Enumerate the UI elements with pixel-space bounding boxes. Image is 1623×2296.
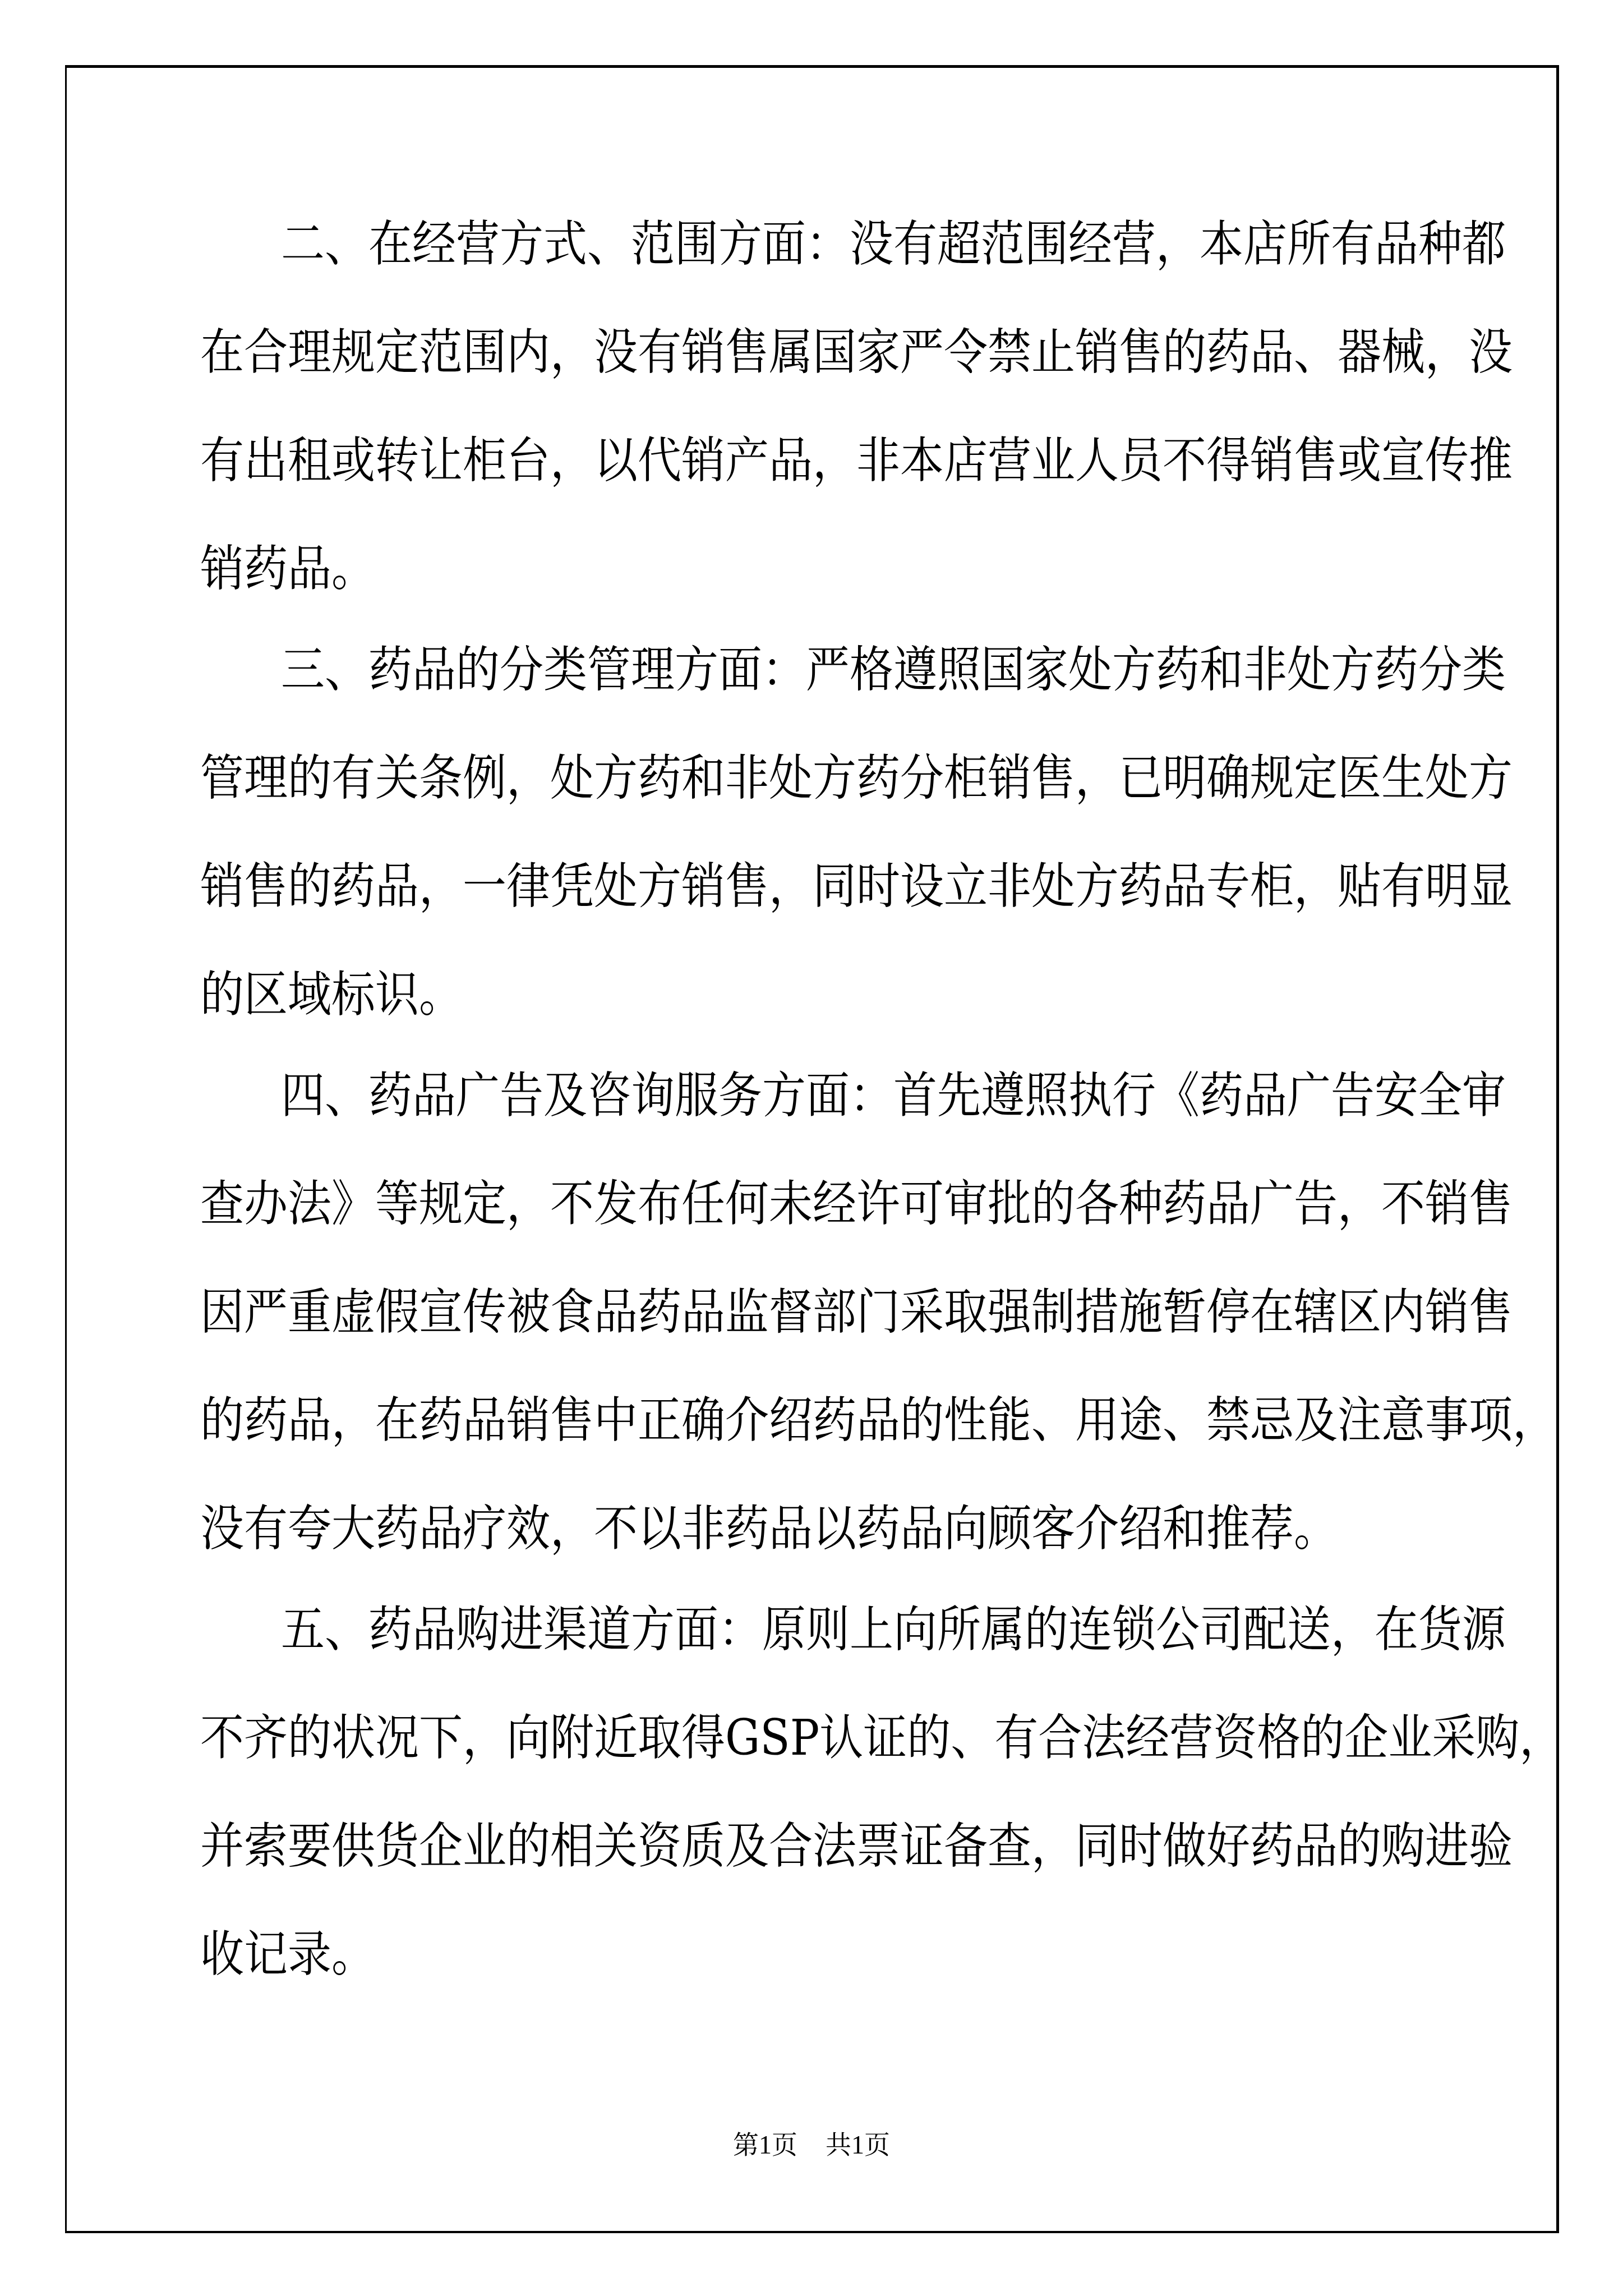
paragraph-section-2: 二、在经营方式、范围方面：没有超范围经营，本店所有品种都 在合理规定范围内，没有… — [200, 191, 1425, 624]
text-line: 查办法》等规定，不发布任何未经许可审批的各种药品广告，不销售 — [200, 1144, 1425, 1265]
text-line: 的药品，在药品销售中正确介绍药品的性能、用途、禁忌及注意事项， — [200, 1360, 1425, 1481]
document-body: 二、在经营方式、范围方面：没有超范围经营，本店所有品种都 在合理规定范围内，没有… — [200, 191, 1425, 2009]
text-line: 并索要供货企业的相关资质及合法票证备查，同时做好药品的购进验 — [200, 1786, 1425, 1907]
text-line: 五、药品购进渠道方面：原则上向所属的连锁公司配送，在货源 — [200, 1570, 1425, 1691]
text-line: 销售的药品，一律凭处方销售，同时设立非处方药品专柜，贴有明显 — [200, 826, 1425, 947]
text-line: 不齐的状况下，向附近取得GSP认证的、有合法经营资格的企业采购， — [200, 1678, 1425, 1799]
text-line: 在合理规定范围内，没有销售属国家严令禁止销售的药品、器械，没 — [200, 292, 1425, 413]
text-line: 二、在经营方式、范围方面：没有超范围经营，本店所有品种都 — [200, 184, 1425, 305]
text-line: 四、药品广告及咨询服务方面：首先遵照执行《药品广告安全审 — [200, 1036, 1425, 1157]
paragraph-section-3: 三、药品的分类管理方面：严格遵照国家处方药和非处方药分类 管理的有关条例，处方药… — [200, 616, 1425, 1050]
page-footer: 第1页共1页 — [0, 2129, 1623, 2161]
text-line: 管理的有关条例，处方药和非处方药分柜销售，已明确规定医生处方 — [200, 718, 1425, 839]
text-line: 三、药品的分类管理方面：严格遵照国家处方药和非处方药分类 — [200, 610, 1425, 731]
paragraph-section-4: 四、药品广告及咨询服务方面：首先遵照执行《药品广告安全审 查办法》等规定，不发布… — [200, 1042, 1425, 1584]
paragraph-section-5: 五、药品购进渠道方面：原则上向所属的连锁公司配送，在货源 不齐的状况下，向附近取… — [200, 1576, 1425, 2009]
page-number-total: 共1页 — [826, 2129, 890, 2161]
text-line: 有出租或转让柜台，以代销产品，非本店营业人员不得销售或宣传推 — [200, 401, 1425, 522]
text-line: 收记录。 — [200, 1894, 1425, 2016]
page-number-current: 第1页 — [733, 2129, 797, 2161]
text-line: 因严重虚假宣传被食品药品监督部门采取强制措施暂停在辖区内销售 — [200, 1252, 1425, 1373]
